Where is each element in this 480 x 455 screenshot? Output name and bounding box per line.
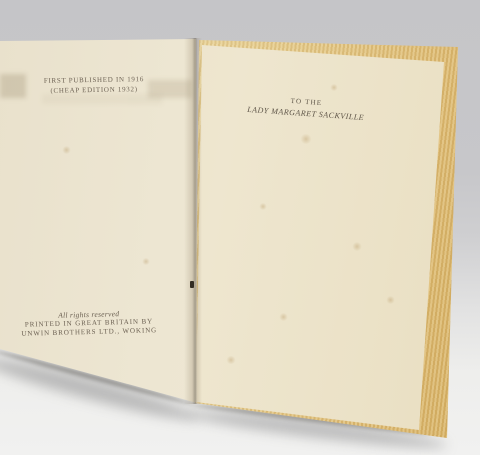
dedication-block: TO THE LADY MARGARET SACKVILLE	[242, 94, 369, 125]
imprint-bottom-block: All rights reserved PRINTED IN GREAT BRI…	[20, 308, 159, 339]
dark-speck	[190, 281, 194, 288]
foxing-spot	[300, 134, 312, 144]
imprint-top-block: FIRST PUBLISHED IN 1916 (CHEAP EDITION 1…	[28, 74, 160, 96]
foxing-spot	[330, 84, 338, 91]
show-through-ghost	[0, 74, 26, 98]
book-photo: TO THE LADY MARGARET SACKVILLE FIRST PUB…	[0, 0, 480, 455]
foxing-spot	[259, 203, 267, 210]
gutter-shadow	[184, 38, 202, 404]
foxing-spot	[279, 313, 288, 321]
foxing-spot	[352, 242, 362, 251]
foxing-spot	[226, 356, 236, 364]
foxing-spot	[62, 146, 71, 154]
foxing-spot	[142, 258, 150, 265]
foxing-spot	[386, 296, 395, 304]
